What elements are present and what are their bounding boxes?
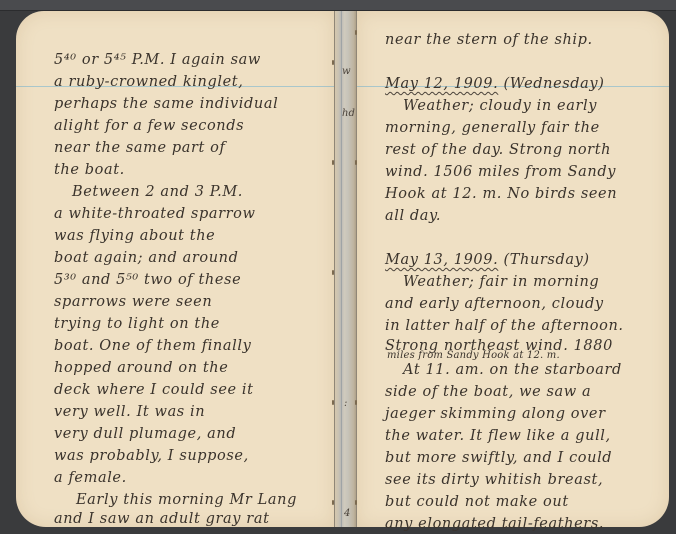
binding-stitch (332, 160, 334, 165)
right-line-17: side of the boat, we saw a (385, 381, 591, 403)
right-line-16: At 11. am. on the starboard (403, 359, 622, 381)
left-line-2: a ruby-crowned kinglet, (54, 71, 243, 93)
notebook-spine-gutter (334, 11, 357, 527)
left-line-15: hopped around on the (54, 357, 228, 379)
right-line-8: Hook at 12. m. No birds seen (385, 183, 617, 205)
left-line-17: very well. It was in (54, 401, 205, 423)
entry-weekday: (Thursday) (498, 252, 589, 268)
right-line-14: in latter half of the afternoon. (385, 315, 624, 337)
margin-mark: : (344, 398, 347, 409)
left-line-19: was probably, I suppose, (54, 445, 249, 467)
right-entry-date-may-12: May 12, 1909. (Wednesday) (385, 73, 604, 95)
left-notebook-page: 5⁴⁰ or 5⁴⁵ P.M. I again saw a ruby-crown… (16, 11, 334, 527)
viewer-top-bar (0, 0, 676, 11)
right-line-18: jaeger skimming along over (385, 403, 606, 425)
right-entry-date-may-13: May 13, 1909. (Thursday) (385, 249, 590, 271)
right-line-9: all day. (385, 205, 441, 227)
entry-date: May 13, 1909. (385, 252, 498, 268)
left-line-8: a white-throated sparrow (54, 203, 256, 225)
right-line-21: see its dirty whitish breast, (385, 469, 603, 491)
right-line-22: but could not make out (385, 491, 569, 513)
right-line-23: any elongated tail-feathers. (385, 513, 604, 534)
left-line-9: was flying about the (54, 225, 215, 247)
right-line-20: but more swiftly, and I could (385, 447, 612, 469)
gutter-crease (341, 11, 342, 527)
margin-mark: 4 (344, 508, 350, 519)
gutter-edge-left (334, 11, 335, 527)
left-line-7: Between 2 and 3 P.M. (72, 181, 243, 203)
left-line-1: 5⁴⁰ or 5⁴⁵ P.M. I again saw (54, 49, 261, 71)
right-line-1: near the stern of the ship. (385, 29, 593, 51)
left-line-5: near the same part of (54, 137, 225, 159)
left-line-10: boat again; and around (54, 247, 238, 269)
right-line-5: morning, generally fair the (385, 117, 600, 139)
binding-stitch (332, 400, 334, 405)
left-line-12: sparrows were seen (54, 291, 212, 313)
right-line-13: and early afternoon, cloudy (385, 293, 604, 315)
binding-stitch (332, 60, 334, 65)
left-line-16: deck where I could see it (54, 379, 254, 401)
left-line-22: and I saw an adult gray rat (54, 508, 270, 530)
binding-stitch (332, 270, 334, 275)
left-line-3: perhaps the same individual (54, 93, 278, 115)
right-line-7: wind. 1506 miles from Sandy (385, 161, 616, 183)
margin-mark: w (342, 66, 351, 77)
binding-stitch (332, 500, 334, 505)
left-line-20: a female. (54, 467, 127, 489)
left-line-6: the boat. (54, 159, 125, 181)
left-line-14: boat. One of them finally (54, 335, 251, 357)
right-line-19: the water. It flew like a gull, (385, 425, 611, 447)
right-notebook-page: near the stern of the ship. May 12, 1909… (357, 11, 669, 527)
left-line-13: trying to light on the (54, 313, 220, 335)
right-line-6: rest of the day. Strong north (385, 139, 611, 161)
left-line-11: 5³⁰ and 5⁵⁰ two of these (54, 269, 241, 291)
right-line-4: Weather; cloudy in early (403, 95, 597, 117)
entry-date: May 12, 1909. (385, 76, 498, 92)
left-line-4: alight for a few seconds (54, 115, 244, 137)
margin-mark: hd (342, 108, 355, 119)
entry-weekday: (Wednesday) (498, 76, 604, 92)
left-line-18: very dull plumage, and (54, 423, 236, 445)
right-line-12: Weather; fair in morning (403, 271, 599, 293)
